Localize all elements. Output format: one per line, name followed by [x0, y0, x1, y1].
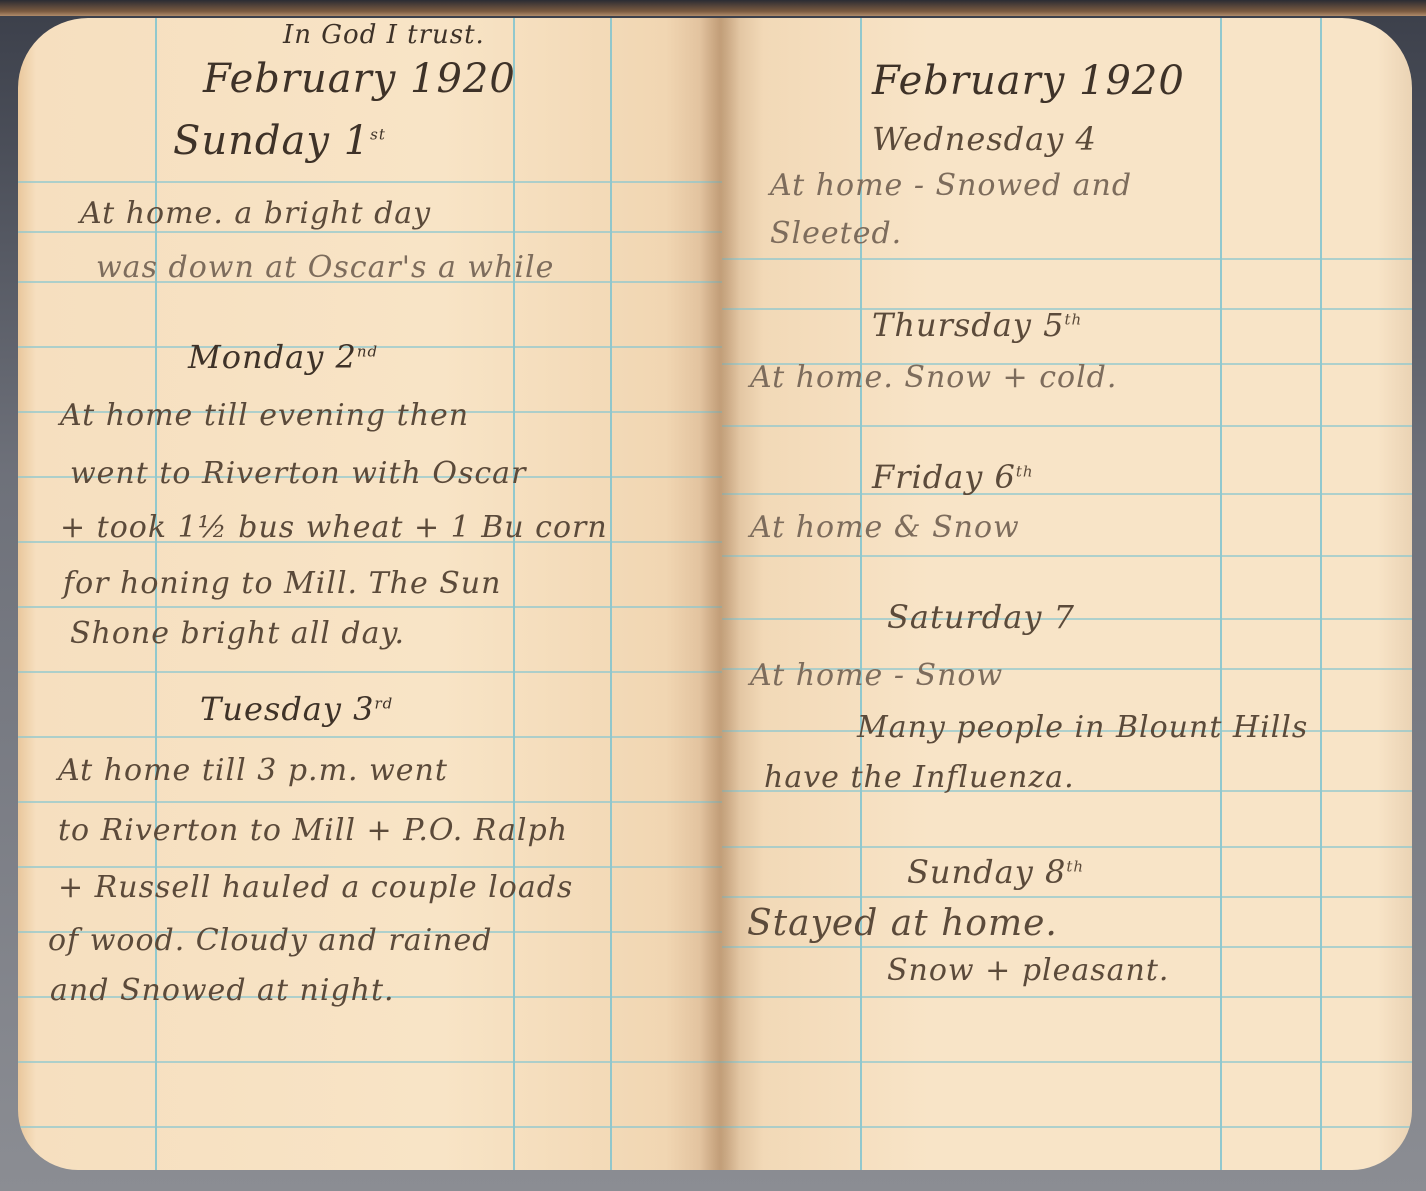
entry-line: Sleeted.: [770, 216, 902, 251]
day-ordinal: th: [1016, 462, 1034, 480]
entry-day-heading: Friday 6th: [872, 458, 1034, 496]
grid-horizontal-line: [18, 801, 722, 803]
month-header: February 1920: [203, 56, 516, 102]
right-page: February 1920 Wednesday 4 At home - Snow…: [722, 18, 1412, 1170]
day-ordinal: th: [1064, 310, 1082, 328]
day-date: 4: [1075, 120, 1096, 158]
entry-line: have the Influenza.: [764, 760, 1075, 795]
grid-horizontal-line: [722, 1126, 1412, 1128]
grid-horizontal-line: [18, 231, 722, 233]
grid-horizontal-line: [18, 866, 722, 868]
day-name: Wednesday: [872, 120, 1064, 158]
day-name: Saturday: [887, 598, 1042, 636]
grid-horizontal-line: [18, 736, 722, 738]
entry-day-heading: Saturday 7: [887, 598, 1075, 636]
entry-line: Shone bright all day.: [70, 616, 405, 651]
entry-day-heading: Sunday 8th: [907, 853, 1084, 891]
grid-horizontal-line: [722, 996, 1412, 998]
entry-line: went to Riverton with Oscar: [70, 456, 526, 491]
entry-line: At home. Snow + cold.: [750, 360, 1117, 395]
day-date: 6: [995, 458, 1016, 496]
entry-line: At home - Snowed and: [770, 168, 1132, 203]
day-date: 7: [1054, 598, 1075, 636]
grid-horizontal-line: [18, 181, 722, 183]
grid-horizontal-line: [722, 493, 1412, 495]
grid-horizontal-line: [18, 1061, 722, 1063]
entry-line: At home & Snow: [750, 510, 1020, 545]
entry-day-heading: Tuesday 3rd: [200, 690, 393, 728]
entry-line: + took 1½ bus wheat + 1 Bu corn: [60, 510, 608, 545]
entry-line: to Riverton to Mill + P.O. Ralph: [58, 813, 568, 848]
day-ordinal: th: [1066, 857, 1084, 875]
entry-day-heading: Wednesday 4: [872, 120, 1097, 158]
grid-horizontal-line: [722, 258, 1412, 260]
day-ordinal: nd: [357, 342, 378, 360]
entry-line: Stayed at home.: [747, 903, 1058, 944]
entry-line: of wood. Cloudy and rained: [48, 923, 492, 958]
day-date: 8: [1045, 853, 1066, 891]
day-date: 3: [353, 690, 374, 728]
grid-horizontal-line: [722, 846, 1412, 848]
entry-day-heading: Sunday 1st: [173, 118, 386, 164]
day-date: 2: [335, 338, 356, 376]
left-page: In God I trust. February 1920 Sunday 1st…: [18, 18, 722, 1170]
entry-day-heading: Thursday 5th: [872, 306, 1082, 344]
day-name: Tuesday: [200, 690, 342, 728]
grid-horizontal-line: [722, 425, 1412, 427]
day-name: Sunday: [173, 118, 330, 164]
entry-line: At home - Snow: [750, 658, 1003, 693]
entry-line: At home till evening then: [60, 398, 469, 433]
motto-text: In God I trust.: [283, 20, 485, 50]
grid-horizontal-line: [18, 1126, 722, 1128]
entry-line: At home till 3 p.m. went: [58, 753, 448, 788]
notebook-spine-top: [0, 0, 1426, 16]
grid-horizontal-line: [722, 946, 1412, 948]
grid-horizontal-line: [722, 896, 1412, 898]
day-date: 5: [1043, 306, 1064, 344]
entry-line: Many people in Blount Hills: [857, 710, 1308, 745]
entry-line: + Russell hauled a couple loads: [58, 870, 573, 905]
day-name: Sunday: [907, 853, 1034, 891]
month-header: February 1920: [872, 58, 1185, 104]
day-date: 1: [344, 118, 370, 164]
day-ordinal: st: [370, 126, 386, 144]
grid-horizontal-line: [722, 1061, 1412, 1063]
grid-horizontal-line: [722, 555, 1412, 557]
entry-line: Snow + pleasant.: [887, 953, 1169, 988]
entry-line: was down at Oscar's a while: [96, 250, 554, 285]
entry-line: and Snowed at night.: [50, 973, 395, 1008]
day-name: Thursday: [872, 306, 1032, 344]
entry-line: At home. a bright day: [80, 196, 431, 231]
grid-horizontal-line: [18, 671, 722, 673]
grid-horizontal-line: [18, 606, 722, 608]
day-name: Monday: [188, 338, 324, 376]
day-ordinal: rd: [374, 694, 393, 712]
day-name: Friday: [872, 458, 983, 496]
entry-day-heading: Monday 2nd: [188, 338, 378, 376]
entry-line: for honing to Mill. The Sun: [63, 566, 501, 601]
